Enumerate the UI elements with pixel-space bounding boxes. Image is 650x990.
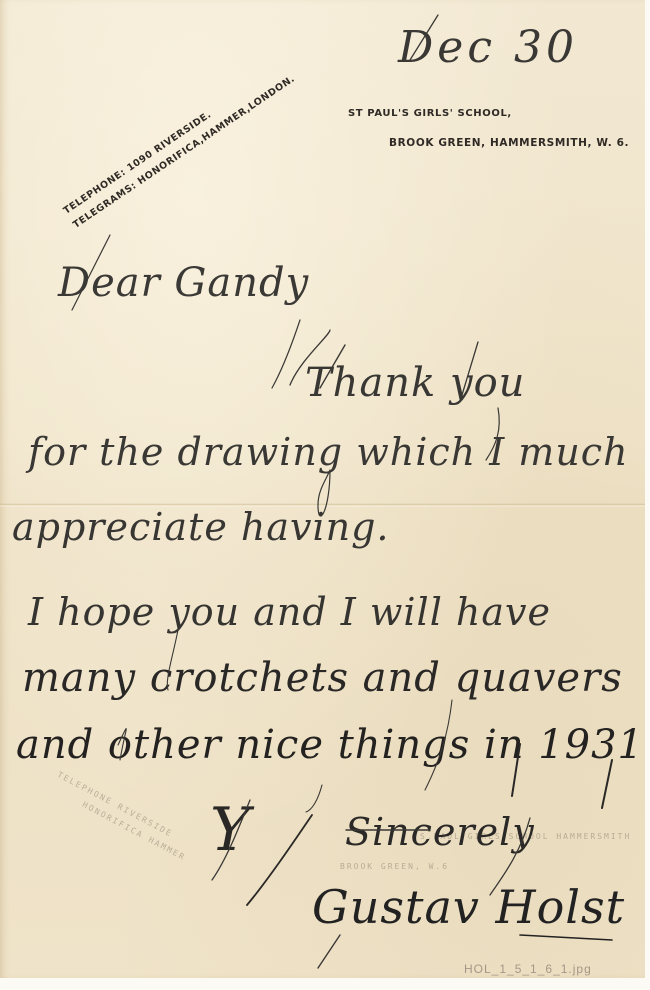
letter-closing-mark: Y: [210, 795, 251, 865]
bleed-through-text: BROOK GREEN, W.6: [340, 862, 449, 871]
letter-signature: Gustav Holst: [312, 880, 625, 934]
letter-body-line: and other nice things in 1931: [16, 722, 644, 768]
letter-body-line: for the drawing which I much: [28, 430, 629, 474]
letter-body-line: many crotchets and quavers: [22, 655, 623, 701]
letter-closing: Sincerely: [345, 810, 535, 854]
letter-date: Dec 30: [398, 22, 578, 73]
image-filename-label: HOL_1_5_1_6_1.jpg: [464, 962, 592, 976]
letterhead-school-address: BROOK GREEN, HAMMERSMITH, W. 6.: [389, 137, 629, 149]
letter-salutation: Dear Gandy: [58, 260, 309, 306]
letter-body-line: Thank you: [305, 360, 525, 406]
letter-body-line: I hope you and I will have: [28, 590, 551, 634]
letter-body-line: appreciate having.: [12, 505, 390, 549]
letterhead-school-name: ST PAUL'S GIRLS' SCHOOL,: [348, 108, 512, 119]
